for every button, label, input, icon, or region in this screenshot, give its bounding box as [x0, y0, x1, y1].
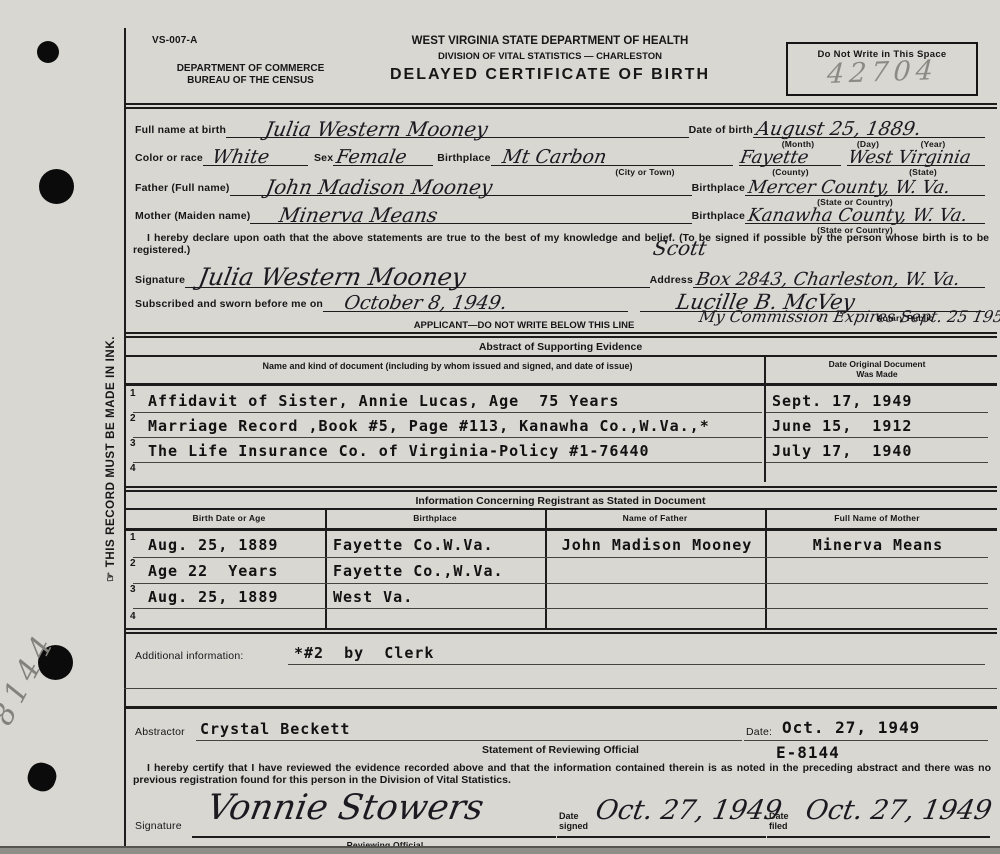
- rule-under-registrant-title: [124, 508, 997, 510]
- reviewing-signature-line: [192, 836, 556, 838]
- registrant-birthplace-1: Fayette Co.W.Va.: [333, 536, 494, 554]
- header-rule-1: [124, 103, 997, 105]
- registrant-header-rule: [124, 528, 997, 531]
- col-father-header: Name of Father: [547, 513, 763, 523]
- registrant-column-divider: [545, 508, 547, 629]
- registrant-birthplace-3: West Va.: [333, 588, 413, 606]
- registrant-row-line: [133, 608, 988, 609]
- punch-hole: [37, 41, 59, 63]
- abstract-date-value: Oct. 27, 1949: [782, 718, 920, 737]
- father-bp-line: Mercer County, W. Va.: [745, 181, 985, 196]
- mother-bp-label: Birthplace: [692, 210, 745, 224]
- evidence-document-2: Marriage Record ,Book #5, Page #113, Kan…: [148, 417, 710, 435]
- applicant-do-not-write-line: APPLICANT—DO NOT WRITE BELOW THIS LINE: [340, 320, 708, 331]
- scanned-birth-certificate: 8144 ☞ THIS RECORD MUST BE MADE IN INK. …: [0, 0, 1000, 854]
- col-mother-header: Full Name of Mother: [767, 513, 987, 523]
- registrant-row-number: 3: [130, 584, 136, 595]
- sworn-date-line: October 8, 1949.: [323, 296, 628, 312]
- certificate-title: DELAYED CERTIFICATE OF BIRTH: [310, 66, 790, 84]
- father-bp-value: Mercer County, W. Va.: [745, 181, 951, 195]
- dob-line: August 25, 1889.: [753, 122, 985, 138]
- birthplace-county-line: Fayette: [739, 151, 841, 166]
- oath-declaration-text: I hereby declare upon oath that the abov…: [133, 233, 989, 256]
- mother-label: Mother (Maiden name): [135, 210, 250, 224]
- sworn-label: Subscribed and sworn before me on: [135, 298, 323, 312]
- signature-added-surname: Scott: [652, 240, 708, 256]
- registrant-birth-1: Aug. 25, 1889: [148, 536, 278, 554]
- father-bp-label: Birthplace: [692, 182, 745, 196]
- row-applicant-signature: Signature Julia Western Mooney Address B…: [135, 256, 985, 288]
- sex-line: Female: [333, 150, 433, 166]
- mother-bp-value: Kanawha County, W. Va.: [745, 209, 968, 223]
- col-birthplace-header: Birthplace: [327, 513, 543, 523]
- address-label: Address: [650, 274, 693, 288]
- margin-ink-note: ☞ THIS RECORD MUST BE MADE IN INK.: [103, 236, 117, 582]
- birthplace-city-value: Mt Carbon: [491, 150, 608, 165]
- section-rule: [124, 706, 997, 709]
- birthplace-city-line: Mt Carbon: [491, 150, 733, 166]
- race-line: White: [203, 150, 308, 166]
- sex-value: Female: [333, 150, 408, 165]
- mother-bp-line: Kanawha County, W. Va.: [745, 209, 985, 224]
- mother-value: Minerva Means: [250, 207, 439, 223]
- registrant-mother-1: Minerva Means: [773, 536, 983, 554]
- registrant-row-number: 1: [130, 532, 136, 543]
- birthplace-label: Birthplace: [437, 152, 490, 166]
- evidence-col-date-header: Date Original Document Was Made: [768, 359, 986, 379]
- evidence-row-line: [133, 412, 762, 413]
- registrant-birthplace-2: Fayette Co.,W.Va.: [333, 562, 504, 580]
- evidence-row-line: [766, 462, 988, 463]
- evidence-row-line: [766, 437, 988, 438]
- registrant-birth-3: Aug. 25, 1889: [148, 588, 278, 606]
- blank-line: [124, 688, 997, 689]
- section-rule: [124, 332, 997, 334]
- registrant-father-1: John Madison Mooney: [553, 536, 761, 554]
- file-number: E-8144: [776, 743, 840, 762]
- evidence-date-2: June 15, 1912: [772, 417, 912, 435]
- evidence-section-title: Abstract of Supporting Evidence: [124, 341, 997, 353]
- race-value: White: [203, 150, 270, 165]
- section-rule: [124, 486, 997, 488]
- date-signed-label: Date signed: [559, 811, 588, 831]
- registrant-column-divider: [765, 508, 767, 629]
- registrant-row-number: 2: [130, 558, 136, 569]
- birthplace-state-line: West Virginia: [847, 151, 985, 166]
- field-row-father: Father (Full name) John Madison Mooney B…: [135, 170, 985, 196]
- date-word: Date: [769, 811, 789, 821]
- do-not-write-box: Do Not Write in This Space 42704: [786, 42, 978, 96]
- evidence-row-line: [766, 412, 988, 413]
- form-left-border: [124, 28, 126, 846]
- registrant-row-number: 4: [130, 611, 136, 622]
- dob-label: Date of birth: [689, 124, 753, 138]
- section-rule: [124, 336, 997, 338]
- address-line: Box 2843, Charleston, W. Va.: [693, 273, 985, 288]
- registrant-row-line: [133, 557, 988, 558]
- date-filed-line: [767, 836, 990, 838]
- evidence-date-1: Sept. 17, 1949: [772, 392, 912, 410]
- signed-word: signed: [559, 821, 588, 831]
- father-value: John Madison Mooney: [230, 179, 494, 195]
- reviewing-signature-label: Signature: [135, 820, 182, 832]
- evidence-date-3: July 17, 1940: [772, 442, 912, 460]
- abstractor-label: Abstractor: [135, 726, 185, 738]
- date-filed-label: Date filed: [769, 811, 789, 831]
- evidence-row-line: [133, 462, 762, 463]
- evidence-col-document-header: Name and kind of document (including by …: [140, 361, 755, 371]
- evidence-row-number: 4: [130, 463, 136, 474]
- additional-info-line: [288, 664, 985, 665]
- abstractor-line: [196, 740, 742, 741]
- col-birth-header: Birth Date or Age: [133, 513, 325, 523]
- birthplace-county-value: Fayette: [739, 151, 809, 165]
- certify-text: I hereby certify that I have reviewed th…: [133, 763, 991, 786]
- mother-line: Minerva Means: [250, 207, 691, 224]
- father-line: John Madison Mooney: [230, 179, 692, 196]
- registrant-info-title: Information Concerning Registrant as Sta…: [124, 495, 997, 507]
- reviewing-official-signature: Vonnie Stowers: [205, 794, 486, 822]
- abstract-date-label: Date:: [746, 726, 772, 738]
- evidence-column-divider: [764, 356, 766, 482]
- race-label: Color or race: [135, 152, 203, 166]
- applicant-signature-line: Julia Western Mooney: [185, 268, 649, 288]
- evidence-document-3: The Life Insurance Co. of Virginia-Polic…: [148, 442, 650, 460]
- form-number: VS-007-A: [152, 35, 198, 46]
- field-row-mother: Mother (Maiden name) Minerva Means Birth…: [135, 198, 985, 224]
- evidence-row-number: 1: [130, 388, 136, 399]
- father-label: Father (Full name): [135, 182, 230, 196]
- sworn-date-value: October 8, 1949.: [323, 296, 508, 311]
- registrant-birth-2: Age 22 Years: [148, 562, 278, 580]
- section-rule: [124, 632, 997, 634]
- sex-label: Sex: [314, 152, 333, 166]
- abstractor-name: Crystal Beckett: [200, 720, 350, 738]
- applicant-signature-value: Julia Western Mooney: [185, 268, 467, 287]
- date-filed-value: Oct. 27, 1949: [804, 800, 993, 822]
- evidence-col-date-line1: Date Original Document: [768, 359, 986, 369]
- full-name-line: Julia Western Mooney: [226, 121, 688, 138]
- scan-bottom-edge: [0, 846, 1000, 854]
- commission-expires-note: My Commission Expires Sept. 25 1952.: [698, 311, 1000, 324]
- evidence-row-number: 2: [130, 413, 136, 424]
- birthplace-state-value: West Virginia: [847, 151, 972, 165]
- date-word: Date: [559, 811, 588, 821]
- evidence-col-date-line2: Was Made: [768, 369, 986, 379]
- full-name-value: Julia Western Mooney: [226, 121, 489, 137]
- date-signed-line: [557, 836, 766, 838]
- evidence-row-line: [133, 437, 762, 438]
- additional-info-label: Additional information:: [135, 650, 244, 662]
- evidence-document-1: Affidavit of Sister, Annie Lucas, Age 75…: [148, 392, 619, 410]
- evidence-row-number: 3: [130, 438, 136, 449]
- field-row-full-name: Full name at birth Julia Western Mooney …: [135, 112, 985, 138]
- registrant-column-divider: [325, 508, 327, 629]
- punch-hole: [39, 169, 74, 204]
- file-stamp-number: 42704: [825, 55, 938, 90]
- signature-label: Signature: [135, 274, 185, 288]
- filed-word: filed: [769, 821, 789, 831]
- section-rule: [124, 490, 997, 492]
- date-signed-value: Oct. 27, 1949: [594, 800, 783, 822]
- registrant-row-line: [133, 583, 988, 584]
- punch-hole: [24, 759, 60, 795]
- additional-info-value: *#2 by Clerk: [294, 644, 434, 662]
- header-rule-2: [124, 107, 997, 109]
- full-name-label: Full name at birth: [135, 124, 226, 138]
- statement-reviewing-official-title: Statement of Reviewing Official: [124, 744, 997, 756]
- address-value: Box 2843, Charleston, W. Va.: [693, 273, 961, 287]
- division-title: DIVISION OF VITAL STATISTICS — CHARLESTO…: [310, 51, 790, 62]
- evidence-header-rule: [124, 383, 997, 386]
- abstract-date-line: [744, 740, 988, 741]
- field-row-race-sex-birthplace: Color or race White Sex Female Birthplac…: [135, 140, 985, 166]
- section-rule: [124, 628, 997, 630]
- rule-under-evidence-title: [124, 355, 997, 357]
- health-dept-title: WEST VIRGINIA STATE DEPARTMENT OF HEALTH: [310, 35, 790, 47]
- dob-value: August 25, 1889.: [753, 122, 922, 137]
